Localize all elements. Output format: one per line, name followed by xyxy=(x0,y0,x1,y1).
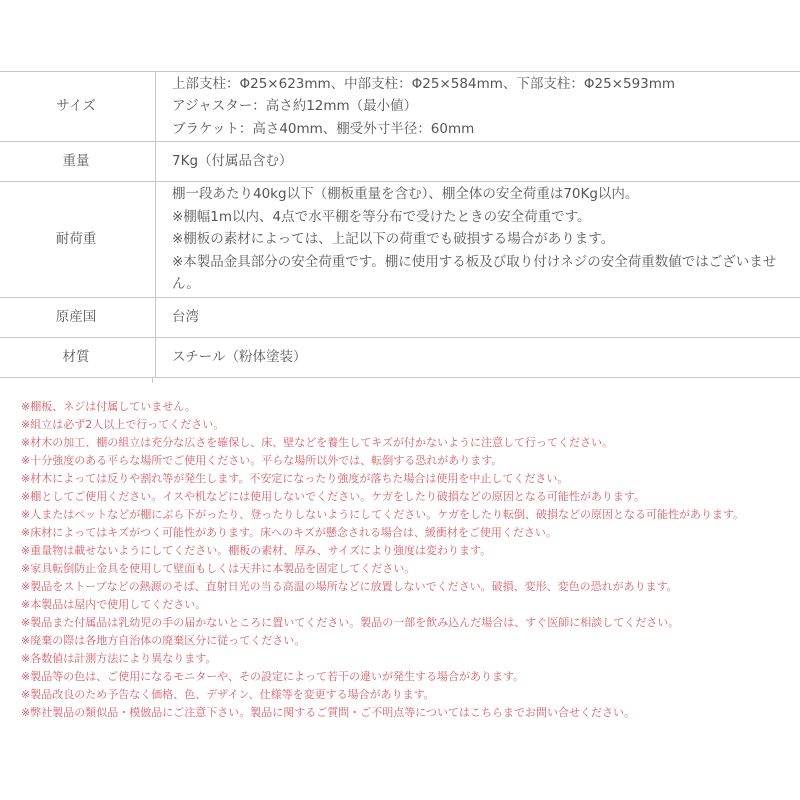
caution-note: ※棚板、ネジは付属していません。 xyxy=(21,398,800,416)
caution-note: ※材木の加工、棚の組立は充分な広さを確保し、床、壁などを養生してキズが付かないよ… xyxy=(21,434,800,452)
spec-row-size: サイズ 上部支柱：Φ25×623mm、中部支柱：Φ25×584mm、下部支柱：Φ… xyxy=(0,72,800,142)
caution-note: ※人またはペットなどが棚にぶら下がったり、登ったりしないようにしてください。ケガ… xyxy=(21,506,800,524)
spec-row-origin: 原産国 台湾 xyxy=(0,298,800,338)
caution-note: ※重量物は載せないようにしてください。棚板の素材、厚み、サイズにより強度は変わり… xyxy=(21,542,800,560)
spec-value-line: アジャスター：高さ約12mm（最小値） xyxy=(172,95,800,118)
caution-note: ※組立は必ず2人以上で行ってください。 xyxy=(21,416,800,434)
caution-note: ※棚としてご使用ください。イスや机などには使用しないでください。ケガをしたり破損… xyxy=(21,488,800,506)
spec-value-line: ※棚幅1m以内、4点で水平棚を等分布で受けたときの安全荷重です。 xyxy=(172,206,800,229)
spec-table: サイズ 上部支柱：Φ25×623mm、中部支柱：Φ25×584mm、下部支柱：Φ… xyxy=(0,71,800,378)
caution-note: ※各数値は計測方法により異なります。 xyxy=(21,650,800,668)
caution-note: ※家具転倒防止金具を使用して壁面もしくは天井に本製品を固定してください。 xyxy=(21,560,800,578)
spec-value-size: 上部支柱：Φ25×623mm、中部支柱：Φ25×584mm、下部支柱：Φ25×5… xyxy=(156,72,800,142)
spec-value-line: 7Kg（付属品含む） xyxy=(172,150,800,173)
spec-value-line: 台湾 xyxy=(172,306,800,329)
caution-note: ※製品等の色は、ご使用になるモニターや、その設定によって若干の違いが発生する場合… xyxy=(21,668,800,686)
caution-note: ※製品改良のため予告なく価格、色、デザイン、仕様等を変更する場合があります。 xyxy=(21,686,800,704)
column-divider-tail xyxy=(152,377,153,383)
caution-note: ※製品をストーブなどの熱源のそば、直射日光の当る高温の場所などに放置しないでくだ… xyxy=(21,578,800,596)
spec-label-weight: 重量 xyxy=(0,142,156,182)
caution-note: ※本製品は屋内で使用してください。 xyxy=(21,596,800,614)
spec-value-weight: 7Kg（付属品含む） xyxy=(156,142,800,182)
spec-label-size: サイズ xyxy=(0,72,156,142)
spec-value-line: 上部支柱：Φ25×623mm、中部支柱：Φ25×584mm、下部支柱：Φ25×5… xyxy=(172,73,800,96)
caution-note: ※製品また付属品は乳幼児の手の届かないところに置いてください。製品の一部を飲み込… xyxy=(21,614,800,632)
caution-note: ※床材によってはキズがつく可能性があります。床へのキズが懸念される場合は、緩衝材… xyxy=(21,524,800,542)
spec-value-origin: 台湾 xyxy=(156,298,800,338)
spec-label-load-capacity: 耐荷重 xyxy=(0,182,156,298)
spec-label-material: 材質 xyxy=(0,338,156,378)
spec-value-line: ※本製品金具部分の安全荷重です。棚に使用する板及び取り付けネジの安全荷重数値では… xyxy=(172,251,800,296)
caution-note: ※材木によっては反りや割れ等が発生します。不安定になったり強度が落ちた場合は使用… xyxy=(21,470,800,488)
spec-value-line: ※棚板の素材によっては、上記以下の荷重でも破損する場合があります。 xyxy=(172,228,800,251)
caution-note: ※十分強度のある平らな場所でご使用ください。平らな場所以外では、転倒する恐れがあ… xyxy=(21,452,800,470)
caution-notes-list: ※棚板、ネジは付属していません。 ※組立は必ず2人以上で行ってください。 ※材木… xyxy=(21,398,800,722)
spec-value-material: スチール（粉体塗装） xyxy=(156,338,800,378)
caution-note: ※廃棄の際は各地方自治体の廃棄区分に従ってください。 xyxy=(21,632,800,650)
spec-row-weight: 重量 7Kg（付属品含む） xyxy=(0,142,800,182)
spec-value-line: スチール（粉体塗装） xyxy=(172,346,800,369)
spec-value-line: ブラケット：高さ40mm、棚受外寸半径：60mm xyxy=(172,118,800,141)
spec-value-load-capacity: 棚一段あたり40kg以下（棚板重量を含む）、棚全体の安全荷重は70Kg以内。 ※… xyxy=(156,182,800,298)
spec-row-load-capacity: 耐荷重 棚一段あたり40kg以下（棚板重量を含む）、棚全体の安全荷重は70Kg以… xyxy=(0,182,800,298)
caution-note: ※弊社製品の類似品・模倣品にご注意下さい。製品に関するご質問・ご不明点等について… xyxy=(21,704,800,722)
spec-value-line: 棚一段あたり40kg以下（棚板重量を含む）、棚全体の安全荷重は70Kg以内。 xyxy=(172,183,800,206)
spec-label-origin: 原産国 xyxy=(0,298,156,338)
spec-row-material: 材質 スチール（粉体塗装） xyxy=(0,338,800,378)
